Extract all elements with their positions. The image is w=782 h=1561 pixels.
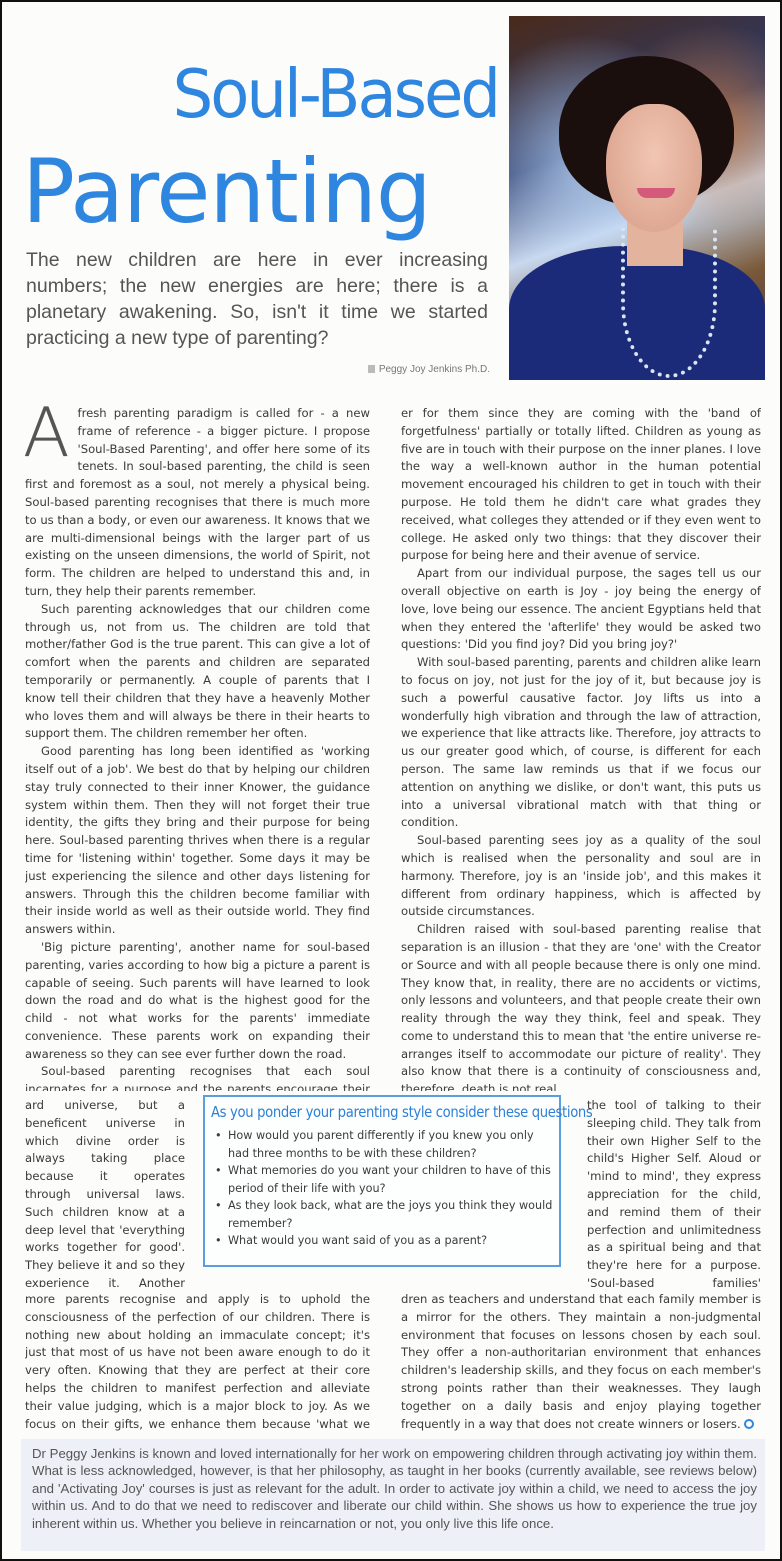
article-paragraph: Such parenting acknowledges that our chi… xyxy=(25,601,370,743)
headline-line-1: Soul-Based xyxy=(98,58,498,132)
question-item: •How would you parent differently if you… xyxy=(211,1127,553,1162)
questions-sidebar-box: As you ponder your parenting style consi… xyxy=(203,1095,561,1267)
article-paragraph: Afresh parenting paradigm is called for … xyxy=(25,405,370,601)
article-paragraph: Soul-based parenting recognises that eac… xyxy=(25,1063,370,1091)
drop-cap: A xyxy=(25,407,70,461)
article-column-narrow-right: the tool of talking to their sleeping ch… xyxy=(587,1097,761,1287)
article-paragraph: ard universe, but a beneficent universe … xyxy=(25,1097,185,1287)
article-paragraph: With soul-based parenting, parents and c… xyxy=(401,654,761,832)
author-bio-box: Dr Peggy Jenkins is known and loved inte… xyxy=(21,1439,765,1551)
question-item: •As they look back, what are the joys yo… xyxy=(211,1197,553,1232)
article-paragraph: Soul-based parenting sees joy as a quali… xyxy=(401,832,761,921)
article-column-narrow-left: ard universe, but a beneficent universe … xyxy=(25,1097,185,1287)
article-column-bottom-left: more parents recognise and apply is to u… xyxy=(25,1291,370,1431)
magazine-page: Soul-Based Parenting The new children ar… xyxy=(0,0,782,1561)
question-item: •What would you want said of you as a pa… xyxy=(211,1232,553,1250)
article-column-right: er for them since they are coming with t… xyxy=(401,405,761,1091)
portrait-face-shape xyxy=(606,104,702,232)
byline: Peggy Joy Jenkins Ph.D. xyxy=(330,364,490,375)
article-paragraph: more parents recognise and apply is to u… xyxy=(25,1291,370,1431)
bullet-icon: • xyxy=(215,1162,222,1180)
article-column-bottom-right: dren as teachers and understand that eac… xyxy=(401,1291,761,1431)
question-item: •What memories do you want your children… xyxy=(211,1162,553,1197)
author-bio-text: Dr Peggy Jenkins is known and loved inte… xyxy=(32,1445,757,1532)
article-paragraph: er for them since they are coming with t… xyxy=(401,405,761,565)
standfirst: The new children are here in ever increa… xyxy=(26,247,488,351)
bullet-icon: • xyxy=(215,1127,222,1145)
byline-marker-icon xyxy=(368,365,375,373)
article-paragraph: Children raised with soul-based parentin… xyxy=(401,921,761,1091)
portrait-smile-shape xyxy=(637,188,675,198)
article-paragraph: dren as teachers and understand that eac… xyxy=(401,1291,761,1431)
article-paragraph: Good parenting has long been identified … xyxy=(25,743,370,939)
headline-line-2: Parenting xyxy=(22,142,507,242)
article-paragraph: 'Big picture parenting', another name fo… xyxy=(25,939,370,1064)
questions-list: •How would you parent differently if you… xyxy=(211,1127,553,1250)
article-paragraph: the tool of talking to their sleeping ch… xyxy=(587,1097,761,1287)
bullet-icon: • xyxy=(215,1197,222,1215)
author-portrait xyxy=(509,16,765,380)
article-column-left: Afresh parenting paradigm is called for … xyxy=(25,405,370,1091)
portrait-necklace-shape xyxy=(621,228,717,378)
bullet-icon: • xyxy=(215,1232,222,1250)
questions-box-title: As you ponder your parenting style consi… xyxy=(211,1101,512,1123)
article-paragraph: Apart from our individual purpose, the s… xyxy=(401,565,761,654)
end-of-article-circle-icon xyxy=(744,1419,754,1429)
author-name: Peggy Joy Jenkins Ph.D. xyxy=(379,364,490,375)
